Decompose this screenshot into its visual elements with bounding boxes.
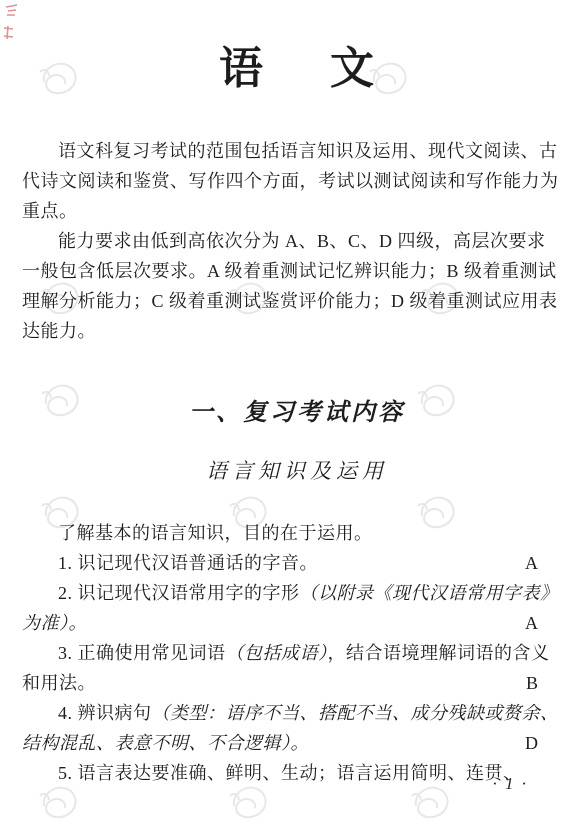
text-line: 语文科复习考试的范围包括语言知识及运用、现代文阅读、古 [22,136,572,166]
document-content: 语 文 语文科复习考试的范围包括语言知识及运用、现代文阅读、古 代诗文阅读和鉴赏… [22,0,572,788]
subsection-heading: 语言知识及运用 [22,458,572,484]
item-text-kai: （以附录《现代汉语常用字表》 [300,583,559,603]
text-line: 达能力。 [22,316,572,346]
watermark-icon [226,782,270,822]
list-item-4: 4. 辨识病句（类型：语序不当、搭配不当、成分残缺或赘余、 [22,698,572,728]
page-number: · 1 · [493,774,529,794]
list-item-3: 3. 正确使用常见词语（包括成语），结合语境理解词语的含义 [22,638,572,668]
list-item-3-continued: 和用法。 B [22,668,572,698]
item-text: 1. 识记现代汉语普通话的字音。 [22,548,318,578]
list-item-2: 2. 识记现代汉语常用字的字形（以附录《现代汉语常用字表》 [22,578,572,608]
title-char: 语 [219,44,264,94]
item-text: 2. 识记现代汉语常用字的字形 [58,583,300,603]
watermark-icon [36,782,80,822]
grade-letter: A [525,608,538,638]
text-line: 重点。 [22,196,572,226]
text-line: 能力要求由低到高依次分为 A、B、C、D 四级，高层次要求 [22,226,572,256]
text-line: 理解分析能力；C 级着重测试鉴赏评价能力；D 级着重测试应用表 [22,286,572,316]
item-text: 和用法。 [22,668,96,698]
item-text: 4. 辨识病句 [58,703,152,723]
watermark-icon [408,782,452,822]
item-text: 3. 正确使用常见词语 [58,643,226,663]
list-item-4-continued: 结构混乱、表意不明、不合逻辑）。 D [22,728,572,758]
grade-letter: D [525,728,538,758]
item-text-kai: （类型：语序不当、搭配不当、成分残缺或赘余、 [152,703,559,723]
exam-point-list: 了解基本的语言知识，目的在于运用。 1. 识记现代汉语普通话的字音。 A 2. … [22,518,572,788]
title-char: 文 [330,44,375,94]
item-text-kai: 为准）。 [22,608,87,638]
list-intro-line: 了解基本的语言知识，目的在于运用。 [22,518,572,548]
item-text-kai: （包括成语） [226,643,328,663]
item-text: ，结合语境理解词语的含义 [328,643,550,663]
red-scan-mark [2,25,16,41]
red-scan-mark [4,3,20,17]
list-item-2-continued: 为准）。 A [22,608,572,638]
list-item-5: 5. 语言表达要准确、鲜明、生动；语言运用简明、连贯、 [22,758,572,788]
item-text-kai: 结构混乱、表意不明、不合逻辑）。 [22,728,309,758]
list-item-1: 1. 识记现代汉语普通话的字音。 A [22,548,572,578]
scanned-document-page: 语 文 语文科复习考试的范围包括语言知识及运用、现代文阅读、古 代诗文阅读和鉴赏… [0,0,580,829]
section-heading: 一、复习考试内容 [22,398,572,428]
intro-paragraph-2: 能力要求由低到高依次分为 A、B、C、D 四级，高层次要求 一般包含低层次要求。… [22,226,572,346]
intro-paragraph-1: 语文科复习考试的范围包括语言知识及运用、现代文阅读、古 代诗文阅读和鉴赏、写作四… [22,136,572,226]
page-title: 语 文 [22,44,572,94]
text-line: 一般包含低层次要求。A 级着重测试记忆辨识能力；B 级着重测试 [22,256,572,286]
text-line: 代诗文阅读和鉴赏、写作四个方面，考试以测试阅读和写作能力为 [22,166,572,196]
grade-letter: B [526,668,538,698]
item-text: 5. 语言表达要准确、鲜明、生动；语言运用简明、连贯、 [58,763,522,783]
grade-letter: A [489,548,538,578]
